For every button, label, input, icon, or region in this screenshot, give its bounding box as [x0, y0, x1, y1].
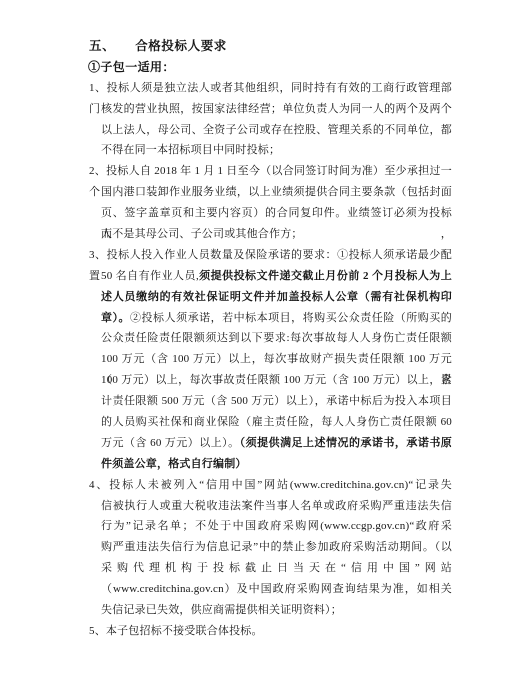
item-4-line-4: 购严重违法失信行为信息记录”中的禁止参加政府采购活动期间。（以	[101, 537, 452, 558]
text-segment: ①子包一适用：	[88, 60, 175, 74]
item-3-line-1: 3、投标人投入作业人员数量及保险承诺的要求：①投标人须承诺最少配置	[89, 245, 452, 266]
item-1-line-3: 以上法人，母公司、全资子公司或存在控股、管理关系的不同单位，都	[101, 120, 452, 141]
text-segment: 以上法人，母公司、全资子公司或存在控股、管理关系的不同单位，都	[101, 124, 452, 136]
text-segment: 本子包招标不接受联合体投标。	[106, 625, 263, 637]
item-1-line-2: 核发的营业执照，按国家法律经营；单位负责人为同一人的两个及两个	[101, 99, 452, 120]
item-3-line-3: 述人员缴纳的有效社保证明文件并加盖投标人公章（需有社保机构印	[101, 287, 452, 308]
item-4-line-6: （www.creditchina.gov.cn）及中国政府采购网查询结果为准，如…	[101, 579, 452, 600]
item-3-line-11: 件须盖公章，格式自行编制）	[101, 454, 452, 475]
text-segment: 失信记录已失效，供应商需提供相关证明资料）；	[101, 604, 342, 616]
text-segment: ②投标人须承诺，若中标本项目，将购买公众责任险（所购买的	[130, 312, 452, 324]
text-segment: 购严重违法失信行为信息记录”中的禁止参加政府采购活动期间。（以	[101, 541, 452, 553]
item-3-line-2: 50 名自有作业人员,须提供投标文件递交截止月份前 2 个月投标人为上	[101, 266, 452, 287]
text-segment: 合格投标人要求	[135, 39, 227, 53]
text-segment: （www.creditchina.gov.cn）及中国政府采购网查询结果为准，如…	[101, 583, 452, 595]
item-3-line-9: 的人员购买社保和商业保险（雇主责任险，每人人身伤亡责任限额 60	[101, 412, 452, 433]
text-segment: 采购代理机构于投标截止日当天在“信用中国”网站	[101, 562, 452, 574]
text-segment: 而不是其母公司、子公司或其他合作方；	[101, 228, 303, 240]
text-segment: 国内港口装卸作业服务业绩，以上业绩须提供合同主要条款（包括封面	[101, 186, 452, 198]
text-segment: 须提供投标文件递交截止月份前 2 个月投标人为上	[199, 270, 452, 282]
item-number: 3、	[89, 249, 107, 261]
text-segment: （须提供满足上述情况的承诺书，承诺书原	[240, 437, 452, 449]
text-segment: 50 名自有作业人员,	[101, 270, 199, 282]
text-segment: 的人员购买社保和商业保险（雇主责任险，每人人身伤亡责任限额 60	[101, 416, 452, 428]
text-segment: 不得在同一本招标项目中同时投标；	[101, 144, 280, 156]
text-segment: 计责任限额 500 万元（含 500 万元）以上），承诺中标后为投入本项目	[101, 395, 452, 407]
text-segment: 公众责任险责任限额须达到以下要求:每次事故每人人身伤亡责任限额	[101, 332, 452, 344]
item-4-line-7: 失信记录已失效，供应商需提供相关证明资料）；	[101, 600, 452, 621]
section-heading: 五、合格投标人要求	[89, 36, 452, 57]
item-3-line-10: 万元（含 60 万元）以上）。（须提供满足上述情况的承诺书，承诺书原	[101, 433, 452, 454]
text-segment: 行为”记录名单；不处于中国政府采购网(www.ccgp.gov.cn)“政府采	[101, 520, 452, 532]
item-4-line-1: 4、投标人未被列入“信用中国”网站(www.creditchina.gov.cn…	[89, 475, 452, 496]
item-2-line-2: 国内港口装卸作业服务业绩，以上业绩须提供合同主要条款（包括封面	[101, 182, 452, 203]
item-number: 4、	[89, 479, 109, 491]
subsection-heading: ①子包一适用：	[88, 57, 451, 78]
item-4-line-5: 采购代理机构于投标截止日当天在“信用中国”网站	[101, 558, 452, 579]
text-segment: 万元（含 60 万元）以上）。	[101, 437, 240, 449]
text-segment: 核发的营业执照，按国家法律经营；单位负责人为同一人的两个及两个	[101, 103, 452, 115]
text-segment: 100 万元）以上，每次事故责任限额 100 万元（含 100 万元）以上，累	[101, 374, 452, 386]
text-segment: 述人员缴纳的有效社保证明文件并加盖投标人公章（需有社保机构印	[101, 291, 452, 303]
item-number: 2、	[89, 165, 106, 177]
item-5-line-1: 5、本子包招标不接受联合体投标。	[89, 621, 452, 642]
text-segment: 信被执行人或重大税收违法案件当事人名单或政府采购严重违法失信	[101, 500, 452, 512]
item-4-line-3: 行为”记录名单；不处于中国政府采购网(www.ccgp.gov.cn)“政府采	[101, 516, 452, 537]
item-3-line-4: 章）。②投标人须承诺，若中标本项目，将购买公众责任险（所购买的	[101, 308, 452, 329]
document-body: 五、合格投标人要求①子包一适用：1、投标人须是独立法人或者其他组织，同时持有有效…	[0, 0, 509, 642]
item-number: 五、	[89, 39, 115, 53]
text-segment: 件须盖公章，格式自行编制）	[101, 458, 247, 470]
text-segment: 投标人未被列入“信用中国”网站(www.creditchina.gov.cn)“…	[109, 479, 452, 491]
item-3-line-5: 公众责任险责任限额须达到以下要求:每次事故每人人身伤亡责任限额	[101, 328, 452, 349]
item-number: 1、	[89, 82, 107, 94]
item-2-line-3: 页、签字盖章页和主要内容页）的合同复印件。业绩签订必须为投标人，	[101, 203, 452, 224]
item-3-line-8: 计责任限额 500 万元（含 500 万元）以上），承诺中标后为投入本项目	[101, 391, 452, 412]
item-3-line-6: 100 万元（含 100 万元）以上，每次事故财产损失责任限额 100 万元（含	[101, 349, 452, 370]
item-1-line-4: 不得在同一本招标项目中同时投标；	[101, 140, 452, 161]
item-1-line-1: 1、投标人须是独立法人或者其他组织，同时持有有效的工商行政管理部门	[89, 78, 452, 99]
document-page: 五、合格投标人要求①子包一适用：1、投标人须是独立法人或者其他组织，同时持有有效…	[0, 0, 509, 689]
item-2-line-1: 2、投标人自 2018 年 1 月 1 日至今（以合同签订时间为准）至少承担过一…	[89, 161, 452, 182]
item-4-line-2: 信被执行人或重大税收违法案件当事人名单或政府采购严重违法失信	[101, 496, 452, 517]
item-number: 5、	[89, 625, 106, 637]
text-segment: 章）。	[101, 312, 130, 324]
item-3-line-7: 100 万元）以上，每次事故责任限额 100 万元（含 100 万元）以上，累	[101, 370, 452, 391]
